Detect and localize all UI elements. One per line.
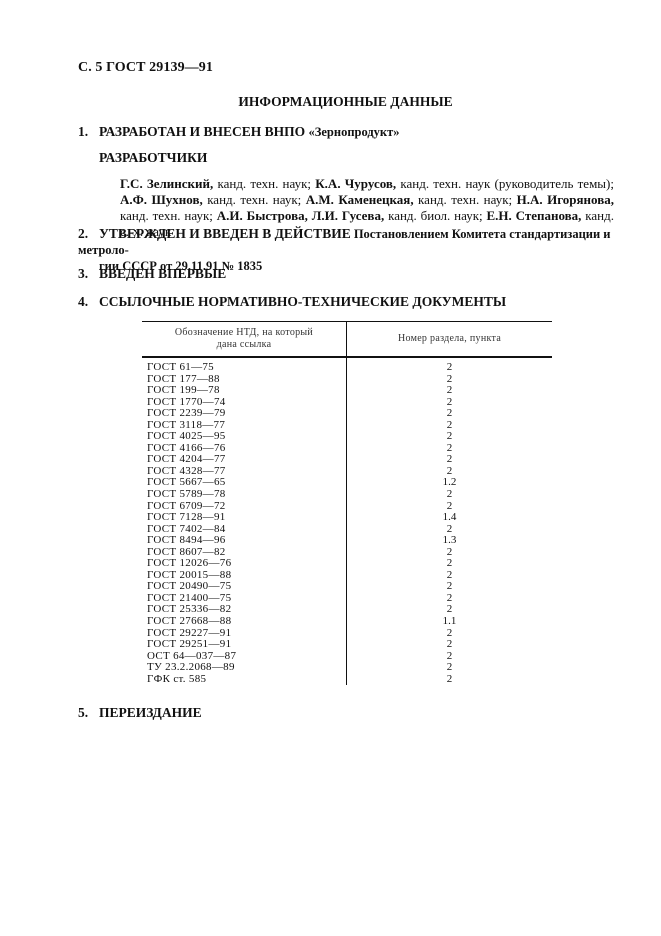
developer-degree: канд. техн. наук; (213, 176, 315, 191)
document-designation: ГОСТ 61—75 (142, 357, 347, 374)
document-designation: ГОСТ 29251—91 (142, 639, 347, 651)
table-row: ГОСТ 5789—782 (142, 489, 552, 501)
table-header-row: Обозначение НТД, на которыйдана ссылка Н… (142, 322, 552, 358)
section-5: 5.ПЕРЕИЗДАНИЕ (78, 705, 202, 721)
developer-degree: канд. техн. наук; (203, 192, 306, 207)
table-row: ГФК ст. 5852 (142, 674, 552, 686)
section-reference: 2 (347, 385, 553, 397)
document-designation: ГОСТ 7128—91 (142, 512, 347, 524)
table-row: ГОСТ 29251—912 (142, 639, 552, 651)
section-1: 1.РАЗРАБОТАН И ВНЕСЕН ВНПО «Зернопродукт… (78, 124, 400, 140)
table-row: ГОСТ 61—752 (142, 357, 552, 374)
reference-documents-table: Обозначение НТД, на которыйдана ссылка Н… (142, 321, 552, 685)
document-designation: ГОСТ 2239—79 (142, 408, 347, 420)
section-reference: 1.4 (347, 512, 553, 524)
developer-name: Е.Н. Степанова, (486, 208, 581, 223)
developer-degree: канд. техн. наук (руководитель темы); (396, 176, 614, 191)
section-1-text: РАЗРАБОТАН И ВНЕСЕН ВНПО (99, 124, 309, 139)
table-row: ГОСТ 27668—881.1 (142, 616, 552, 628)
section-number: 4. (78, 294, 99, 310)
section-2-heading: УТВЕРЖДЕН И ВВЕДЕН В ДЕЙСТВИЕ (99, 226, 351, 241)
document-designation: ГОСТ 199—78 (142, 385, 347, 397)
developers-label: РАЗРАБОТЧИКИ (99, 150, 207, 166)
document-designation: ГОСТ 5789—78 (142, 489, 347, 501)
page-header: С. 5 ГОСТ 29139—91 (78, 60, 213, 76)
section-reference: 2 (347, 408, 553, 420)
header-line: дана ссылка (217, 339, 272, 350)
developer-degree: канд. биол. наук; (384, 208, 486, 223)
section-5-text: ПЕРЕИЗДАНИЕ (99, 705, 202, 720)
table-row: ГОСТ 199—782 (142, 385, 552, 397)
column-header-section: Номер раздела, пункта (347, 322, 553, 358)
section-reference: 1.1 (347, 616, 553, 628)
developer-degree: канд. техн. наук; (120, 208, 217, 223)
table-row: ГОСТ 2239—792 (142, 408, 552, 420)
developer-name: А.Ф. Шухнов, (120, 192, 203, 207)
developer-name: Г.С. Зелинский, (120, 176, 213, 191)
section-number: 2. (78, 226, 99, 242)
header-line: Обозначение НТД, на который (175, 327, 313, 338)
section-number: 1. (78, 124, 99, 140)
section-4-text: ССЫЛОЧНЫЕ НОРМАТИВНО-ТЕХНИЧЕСКИЕ ДОКУМЕН… (99, 294, 506, 309)
document-designation: ГФК ст. 585 (142, 674, 347, 686)
section-reference: 2 (347, 357, 553, 374)
column-header-document: Обозначение НТД, на которыйдана ссылка (142, 322, 347, 358)
document-title: ИНФОРМАЦИОННЫЕ ДАННЫЕ (0, 94, 661, 110)
developer-name: А.И. Быстрова, Л.И. Гусева, (217, 208, 384, 223)
organization-name: «Зернопродукт» (309, 125, 400, 139)
section-reference: 2 (347, 639, 553, 651)
section-reference: 2 (347, 489, 553, 501)
section-3: 3.ВВЕДЕН ВПЕРВЫЕ (78, 266, 226, 282)
developer-name: К.А. Чурусов, (315, 176, 396, 191)
document-designation: ГОСТ 27668—88 (142, 616, 347, 628)
developer-degree: канд. техн. наук; (414, 192, 517, 207)
table-row: ГОСТ 7128—911.4 (142, 512, 552, 524)
section-reference: 2 (347, 674, 553, 686)
developer-name: А.М. Каменецкая, (306, 192, 414, 207)
section-3-text: ВВЕДЕН ВПЕРВЫЕ (99, 266, 226, 281)
section-number: 3. (78, 266, 99, 282)
section-number: 5. (78, 705, 99, 721)
section-4: 4.ССЫЛОЧНЫЕ НОРМАТИВНО-ТЕХНИЧЕСКИЕ ДОКУМ… (78, 294, 506, 310)
developer-name: Н.А. Игорянова, (517, 192, 614, 207)
